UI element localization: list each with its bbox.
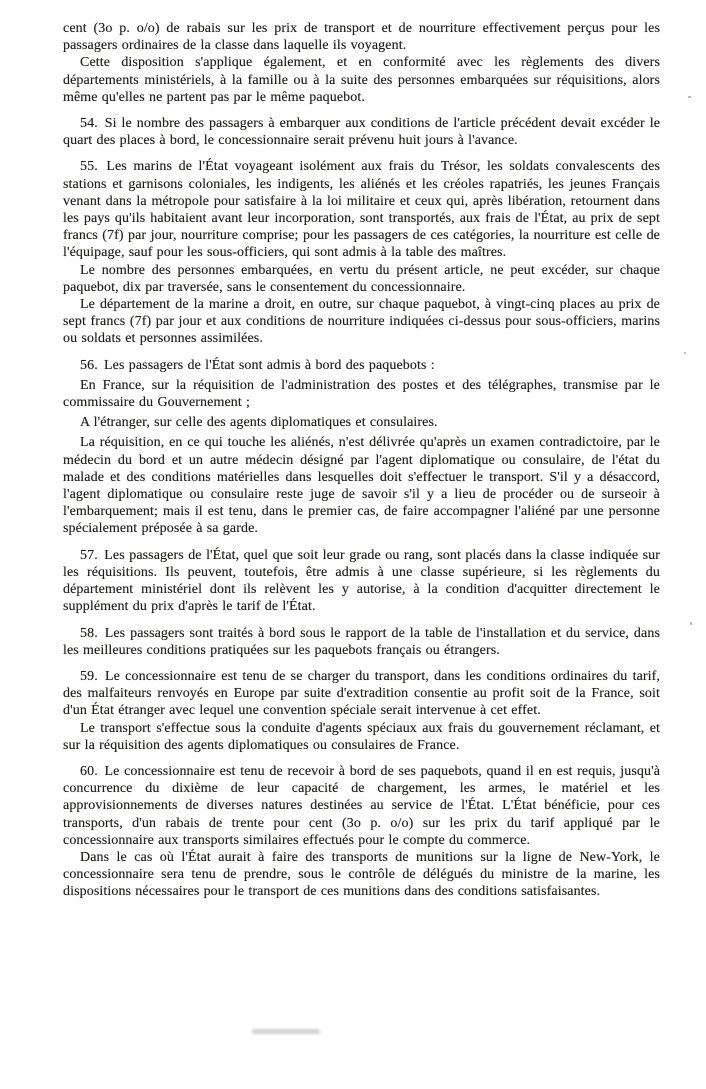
article-59-text: Le concessionnaire est tenu de se charge… (63, 669, 660, 718)
scanned-document-page: cent (3o p. o/o) de rabais sur les prix … (63, 20, 660, 901)
article-57-number: 57. (80, 548, 100, 563)
article-58: 58. Les passagers sont traités à bord so… (63, 625, 660, 659)
article-54-text: Si le nombre des passagers à embarquer a… (63, 116, 660, 148)
article-59-number: 59. (80, 669, 100, 684)
article-57: 57. Les passagers de l'État, quel que so… (63, 547, 660, 616)
paragraph-requisition-alienes: La réquisition, en ce qui touche les ali… (63, 434, 660, 537)
article-58-text: Les passagers sont traités à bord sous l… (63, 626, 660, 658)
scan-speck (690, 622, 692, 625)
paragraph-en-france: En France, sur la réquisition de l'admin… (63, 377, 660, 411)
paragraph-transport-agents-speciaux: Le transport s'effectue sous la conduite… (63, 720, 660, 754)
paragraph-disposition-famille: Cette disposition s'applique également, … (63, 54, 660, 106)
article-58-number: 58. (80, 626, 100, 641)
article-55-text: Les marins de l'État voyageant isolément… (63, 159, 660, 260)
article-60-number: 60. (80, 764, 100, 779)
paragraph-munitions-new-york: Dans le cas où l'État aurait à faire des… (63, 849, 660, 901)
scan-smudge (252, 1029, 320, 1034)
paragraph-rabais-continuation: cent (3o p. o/o) de rabais sur les prix … (63, 20, 660, 54)
article-55-number: 55. (80, 159, 100, 174)
paragraph-departement-marine: Le département de la marine a droit, en … (63, 296, 660, 348)
paragraph-nombre-personnes: Le nombre des personnes embarquées, en v… (63, 262, 660, 296)
scan-speck (688, 96, 691, 98)
article-57-text: Les passagers de l'État, quel que soit l… (63, 548, 660, 615)
article-55: 55. Les marins de l'État voyageant isolé… (63, 158, 660, 261)
article-54-number: 54. (80, 116, 100, 131)
scan-speck (684, 352, 686, 354)
article-60: 60. Le concessionnaire est tenu de recev… (63, 763, 660, 849)
article-56-number: 56. (80, 358, 100, 373)
paragraph-a-letranger: A l'étranger, sur celle des agents diplo… (63, 414, 660, 431)
article-54: 54. Si le nombre des passagers à embarqu… (63, 115, 660, 149)
article-60-text: Le concessionnaire est tenu de recevoir … (63, 764, 660, 848)
article-56: 56. Les passagers de l'État sont admis à… (63, 357, 660, 374)
article-56-text: Les passagers de l'État sont admis à bor… (104, 358, 435, 373)
article-59: 59. Le concessionnaire est tenu de se ch… (63, 668, 660, 720)
